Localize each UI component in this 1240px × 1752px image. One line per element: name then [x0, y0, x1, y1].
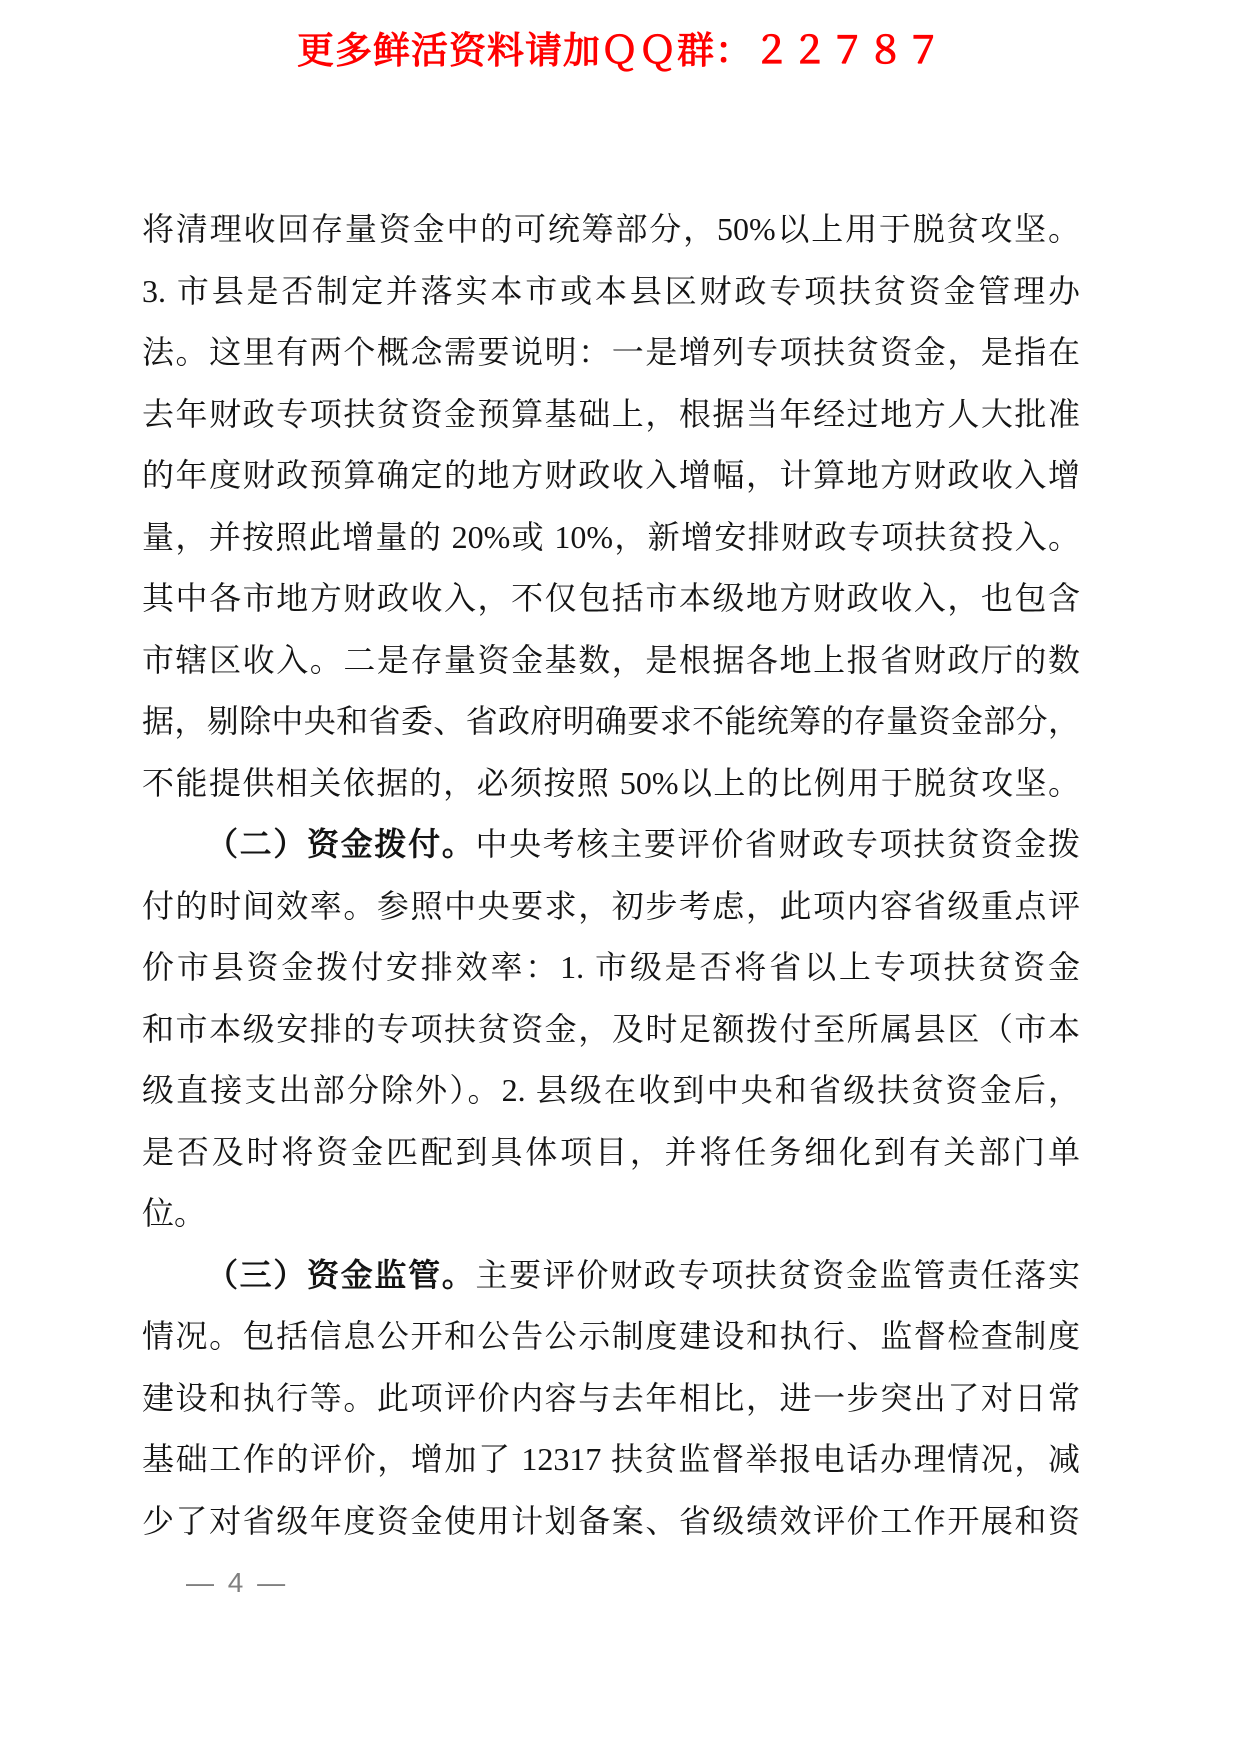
- body-line: 基础工作的评价，增加了 12317 扶贫监督举报电话办理情况，减: [142, 1429, 1080, 1491]
- line-text: 付的时间效率。参照中央要求，初步考虑，此项内容省级重点评: [142, 888, 1080, 924]
- document-page: 更多鲜活资料请加ＱＱ群：２２７８７ 将清理收回存量资金中的可统筹部分，50%以上…: [0, 0, 1240, 1752]
- body-line: 市辖区收入。二是存量资金基数，是根据各地上报省财政厅的数: [142, 630, 1080, 692]
- line-text: 量，并按照此增量的 20%或 10%，新增安排财政专项扶贫投入。: [142, 519, 1080, 555]
- line-text: 据，剔除中央和省委、省政府明确要求不能统筹的存量资金部分，: [142, 703, 1080, 739]
- line-text: 3. 市县是否制定并落实本市或本县区财政专项扶贫资金管理办: [142, 273, 1080, 309]
- body-line: 位。: [142, 1183, 1080, 1245]
- line-text: 将清理收回存量资金中的可统筹部分，50%以上用于脱贫攻坚。: [142, 211, 1080, 247]
- document-body: 将清理收回存量资金中的可统筹部分，50%以上用于脱贫攻坚。3. 市县是否制定并落…: [142, 199, 1080, 1552]
- line-text: 级直接支出部分除外）。2. 县级在收到中央和省级扶贫资金后，: [142, 1072, 1080, 1108]
- line-text: 价市县资金拨付安排效率：1. 市级是否将省以上专项扶贫资金: [142, 949, 1080, 985]
- header-notice: 更多鲜活资料请加ＱＱ群：２２７８７: [0, 24, 1240, 78]
- line-text: 市辖区收入。二是存量资金基数，是根据各地上报省财政厅的数: [142, 642, 1080, 678]
- line-text: 情况。包括信息公开和公告公示制度建设和执行、监督检查制度: [142, 1318, 1080, 1354]
- line-text: 和市本级安排的专项扶贫资金，及时足额拨付至所属县区（市本: [142, 1011, 1080, 1047]
- body-line: 价市县资金拨付安排效率：1. 市级是否将省以上专项扶贫资金: [142, 937, 1080, 999]
- paragraph-heading: （三）资金监管。: [206, 1257, 475, 1293]
- body-line: 和市本级安排的专项扶贫资金，及时足额拨付至所属县区（市本: [142, 999, 1080, 1061]
- body-line: 情况。包括信息公开和公告公示制度建设和执行、监督检查制度: [142, 1306, 1080, 1368]
- line-text: 主要评价财政专项扶贫资金监管责任落实: [475, 1257, 1080, 1293]
- line-text: 法。这里有两个概念需要说明：一是增列专项扶贫资金，是指在: [142, 334, 1080, 370]
- body-line: 将清理收回存量资金中的可统筹部分，50%以上用于脱贫攻坚。: [142, 199, 1080, 261]
- paragraph-lead-line: （三）资金监管。主要评价财政专项扶贫资金监管责任落实: [142, 1245, 1080, 1307]
- page-number: — 4 —: [186, 1566, 288, 1600]
- line-text: 去年财政专项扶贫资金预算基础上，根据当年经过地方人大批准: [142, 396, 1080, 432]
- body-line: 其中各市地方财政收入，不仅包括市本级地方财政收入，也包含: [142, 568, 1080, 630]
- line-text: 位。: [142, 1195, 206, 1231]
- body-line: 据，剔除中央和省委、省政府明确要求不能统筹的存量资金部分，: [142, 691, 1080, 753]
- body-line: 不能提供相关依据的，必须按照 50%以上的比例用于脱贫攻坚。: [142, 753, 1080, 815]
- body-line: 法。这里有两个概念需要说明：一是增列专项扶贫资金，是指在: [142, 322, 1080, 384]
- body-line: 少了对省级年度资金使用计划备案、省级绩效评价工作开展和资: [142, 1491, 1080, 1553]
- line-text: 建设和执行等。此项评价内容与去年相比，进一步突出了对日常: [142, 1380, 1080, 1416]
- body-line: 级直接支出部分除外）。2. 县级在收到中央和省级扶贫资金后，: [142, 1060, 1080, 1122]
- body-line: 去年财政专项扶贫资金预算基础上，根据当年经过地方人大批准: [142, 384, 1080, 446]
- paragraph-heading: （二）资金拨付。: [206, 826, 475, 862]
- paragraph-lead-line: （二）资金拨付。中央考核主要评价省财政专项扶贫资金拨: [142, 814, 1080, 876]
- body-line: 建设和执行等。此项评价内容与去年相比，进一步突出了对日常: [142, 1368, 1080, 1430]
- body-line: 是否及时将资金匹配到具体项目，并将任务细化到有关部门单: [142, 1122, 1080, 1184]
- body-line: 量，并按照此增量的 20%或 10%，新增安排财政专项扶贫投入。: [142, 507, 1080, 569]
- line-text: 不能提供相关依据的，必须按照 50%以上的比例用于脱贫攻坚。: [142, 765, 1080, 801]
- line-text: 中央考核主要评价省财政专项扶贫资金拨: [475, 826, 1080, 862]
- line-text: 的年度财政预算确定的地方财政收入增幅，计算地方财政收入增: [142, 457, 1080, 493]
- line-text: 其中各市地方财政收入，不仅包括市本级地方财政收入，也包含: [142, 580, 1080, 616]
- body-line: 的年度财政预算确定的地方财政收入增幅，计算地方财政收入增: [142, 445, 1080, 507]
- line-text: 基础工作的评价，增加了 12317 扶贫监督举报电话办理情况，减: [142, 1441, 1080, 1477]
- line-text: 少了对省级年度资金使用计划备案、省级绩效评价工作开展和资: [142, 1503, 1080, 1539]
- body-line: 3. 市县是否制定并落实本市或本县区财政专项扶贫资金管理办: [142, 261, 1080, 323]
- line-text: 是否及时将资金匹配到具体项目，并将任务细化到有关部门单: [142, 1134, 1080, 1170]
- body-line: 付的时间效率。参照中央要求，初步考虑，此项内容省级重点评: [142, 876, 1080, 938]
